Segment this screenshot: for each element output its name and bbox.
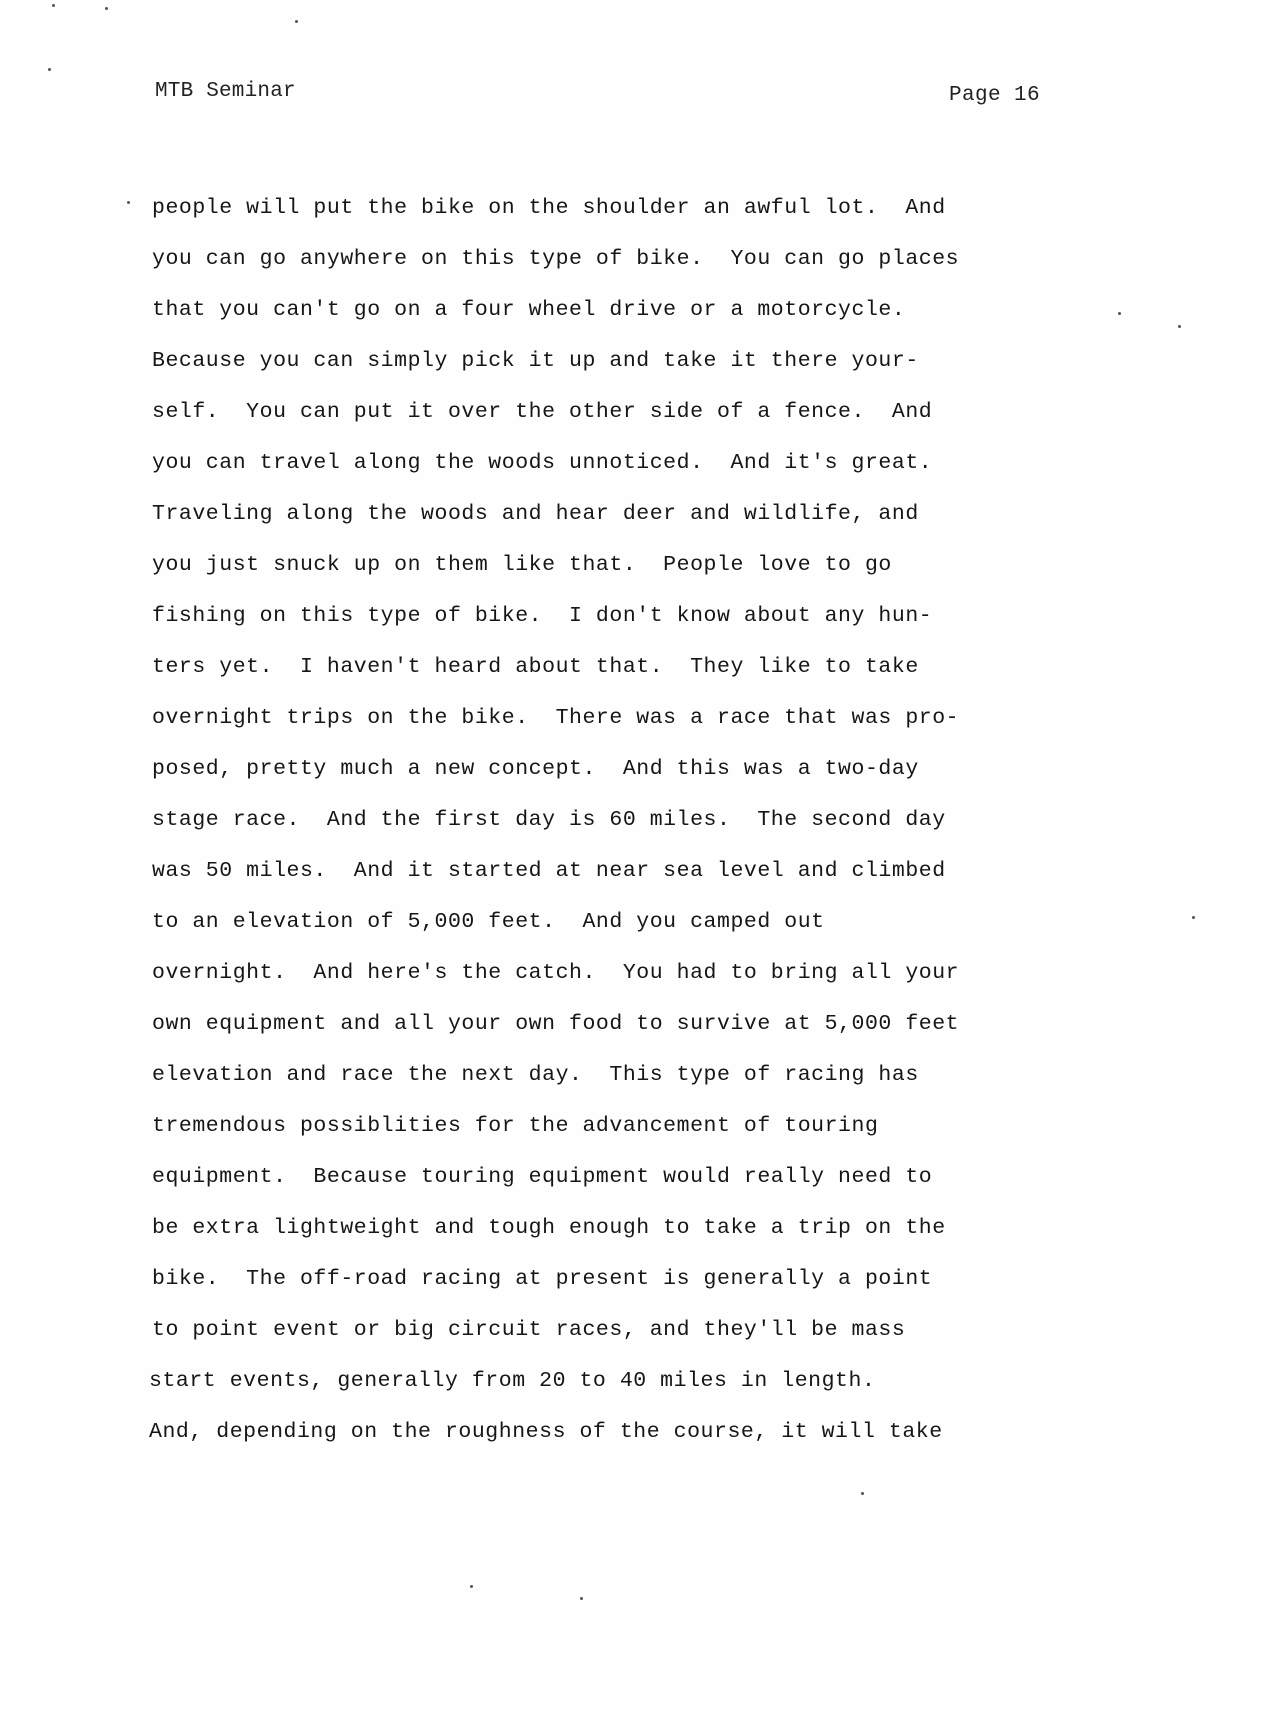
scan-speck <box>295 20 298 23</box>
text-line: you can go anywhere on this type of bike… <box>152 234 1112 285</box>
text-line: start events, generally from 20 to 40 mi… <box>149 1356 1112 1407</box>
document-page: MTB Seminar Page 16 people will put the … <box>0 0 1267 1730</box>
scan-speck <box>1178 325 1181 328</box>
text-line: that you can't go on a four wheel drive … <box>152 285 1112 336</box>
scan-speck <box>105 7 108 10</box>
text-line: was 50 miles. And it started at near sea… <box>152 846 1112 897</box>
scan-speck <box>861 1492 864 1495</box>
text-line: to point event or big circuit races, and… <box>152 1305 1112 1356</box>
scan-speck <box>127 201 130 204</box>
scan-speck <box>580 1597 583 1600</box>
text-line: to an elevation of 5,000 feet. And you c… <box>152 897 1112 948</box>
text-line: tremendous possiblities for the advancem… <box>152 1101 1112 1152</box>
scan-speck <box>48 68 51 71</box>
text-line: own equipment and all your own food to s… <box>152 999 1112 1050</box>
text-line: And, depending on the roughness of the c… <box>149 1407 1112 1458</box>
text-line: bike. The off-road racing at present is … <box>152 1254 1112 1305</box>
document-title: MTB Seminar <box>155 80 296 103</box>
text-line: you just snuck up on them like that. Peo… <box>152 540 1112 591</box>
page-number: Page 16 <box>949 84 1040 107</box>
text-line: be extra lightweight and tough enough to… <box>152 1203 1112 1254</box>
text-line: people will put the bike on the shoulder… <box>152 183 1112 234</box>
scan-speck <box>1192 916 1195 919</box>
text-line: equipment. Because touring equipment wou… <box>152 1152 1112 1203</box>
text-line: Traveling along the woods and hear deer … <box>152 489 1112 540</box>
text-line: you can travel along the woods unnoticed… <box>152 438 1112 489</box>
text-line: self. You can put it over the other side… <box>152 387 1112 438</box>
scan-speck <box>470 1585 473 1588</box>
text-line: posed, pretty much a new concept. And th… <box>152 744 1112 795</box>
text-line: fishing on this type of bike. I don't kn… <box>152 591 1112 642</box>
scan-speck <box>1118 312 1121 315</box>
scan-speck <box>52 4 55 7</box>
transcript-body: people will put the bike on the shoulder… <box>152 183 1112 1458</box>
text-line: elevation and race the next day. This ty… <box>152 1050 1112 1101</box>
text-line: overnight. And here's the catch. You had… <box>152 948 1112 999</box>
text-line: ters yet. I haven't heard about that. Th… <box>152 642 1112 693</box>
text-line: overnight trips on the bike. There was a… <box>152 693 1112 744</box>
text-line: stage race. And the first day is 60 mile… <box>152 795 1112 846</box>
text-line: Because you can simply pick it up and ta… <box>152 336 1112 387</box>
